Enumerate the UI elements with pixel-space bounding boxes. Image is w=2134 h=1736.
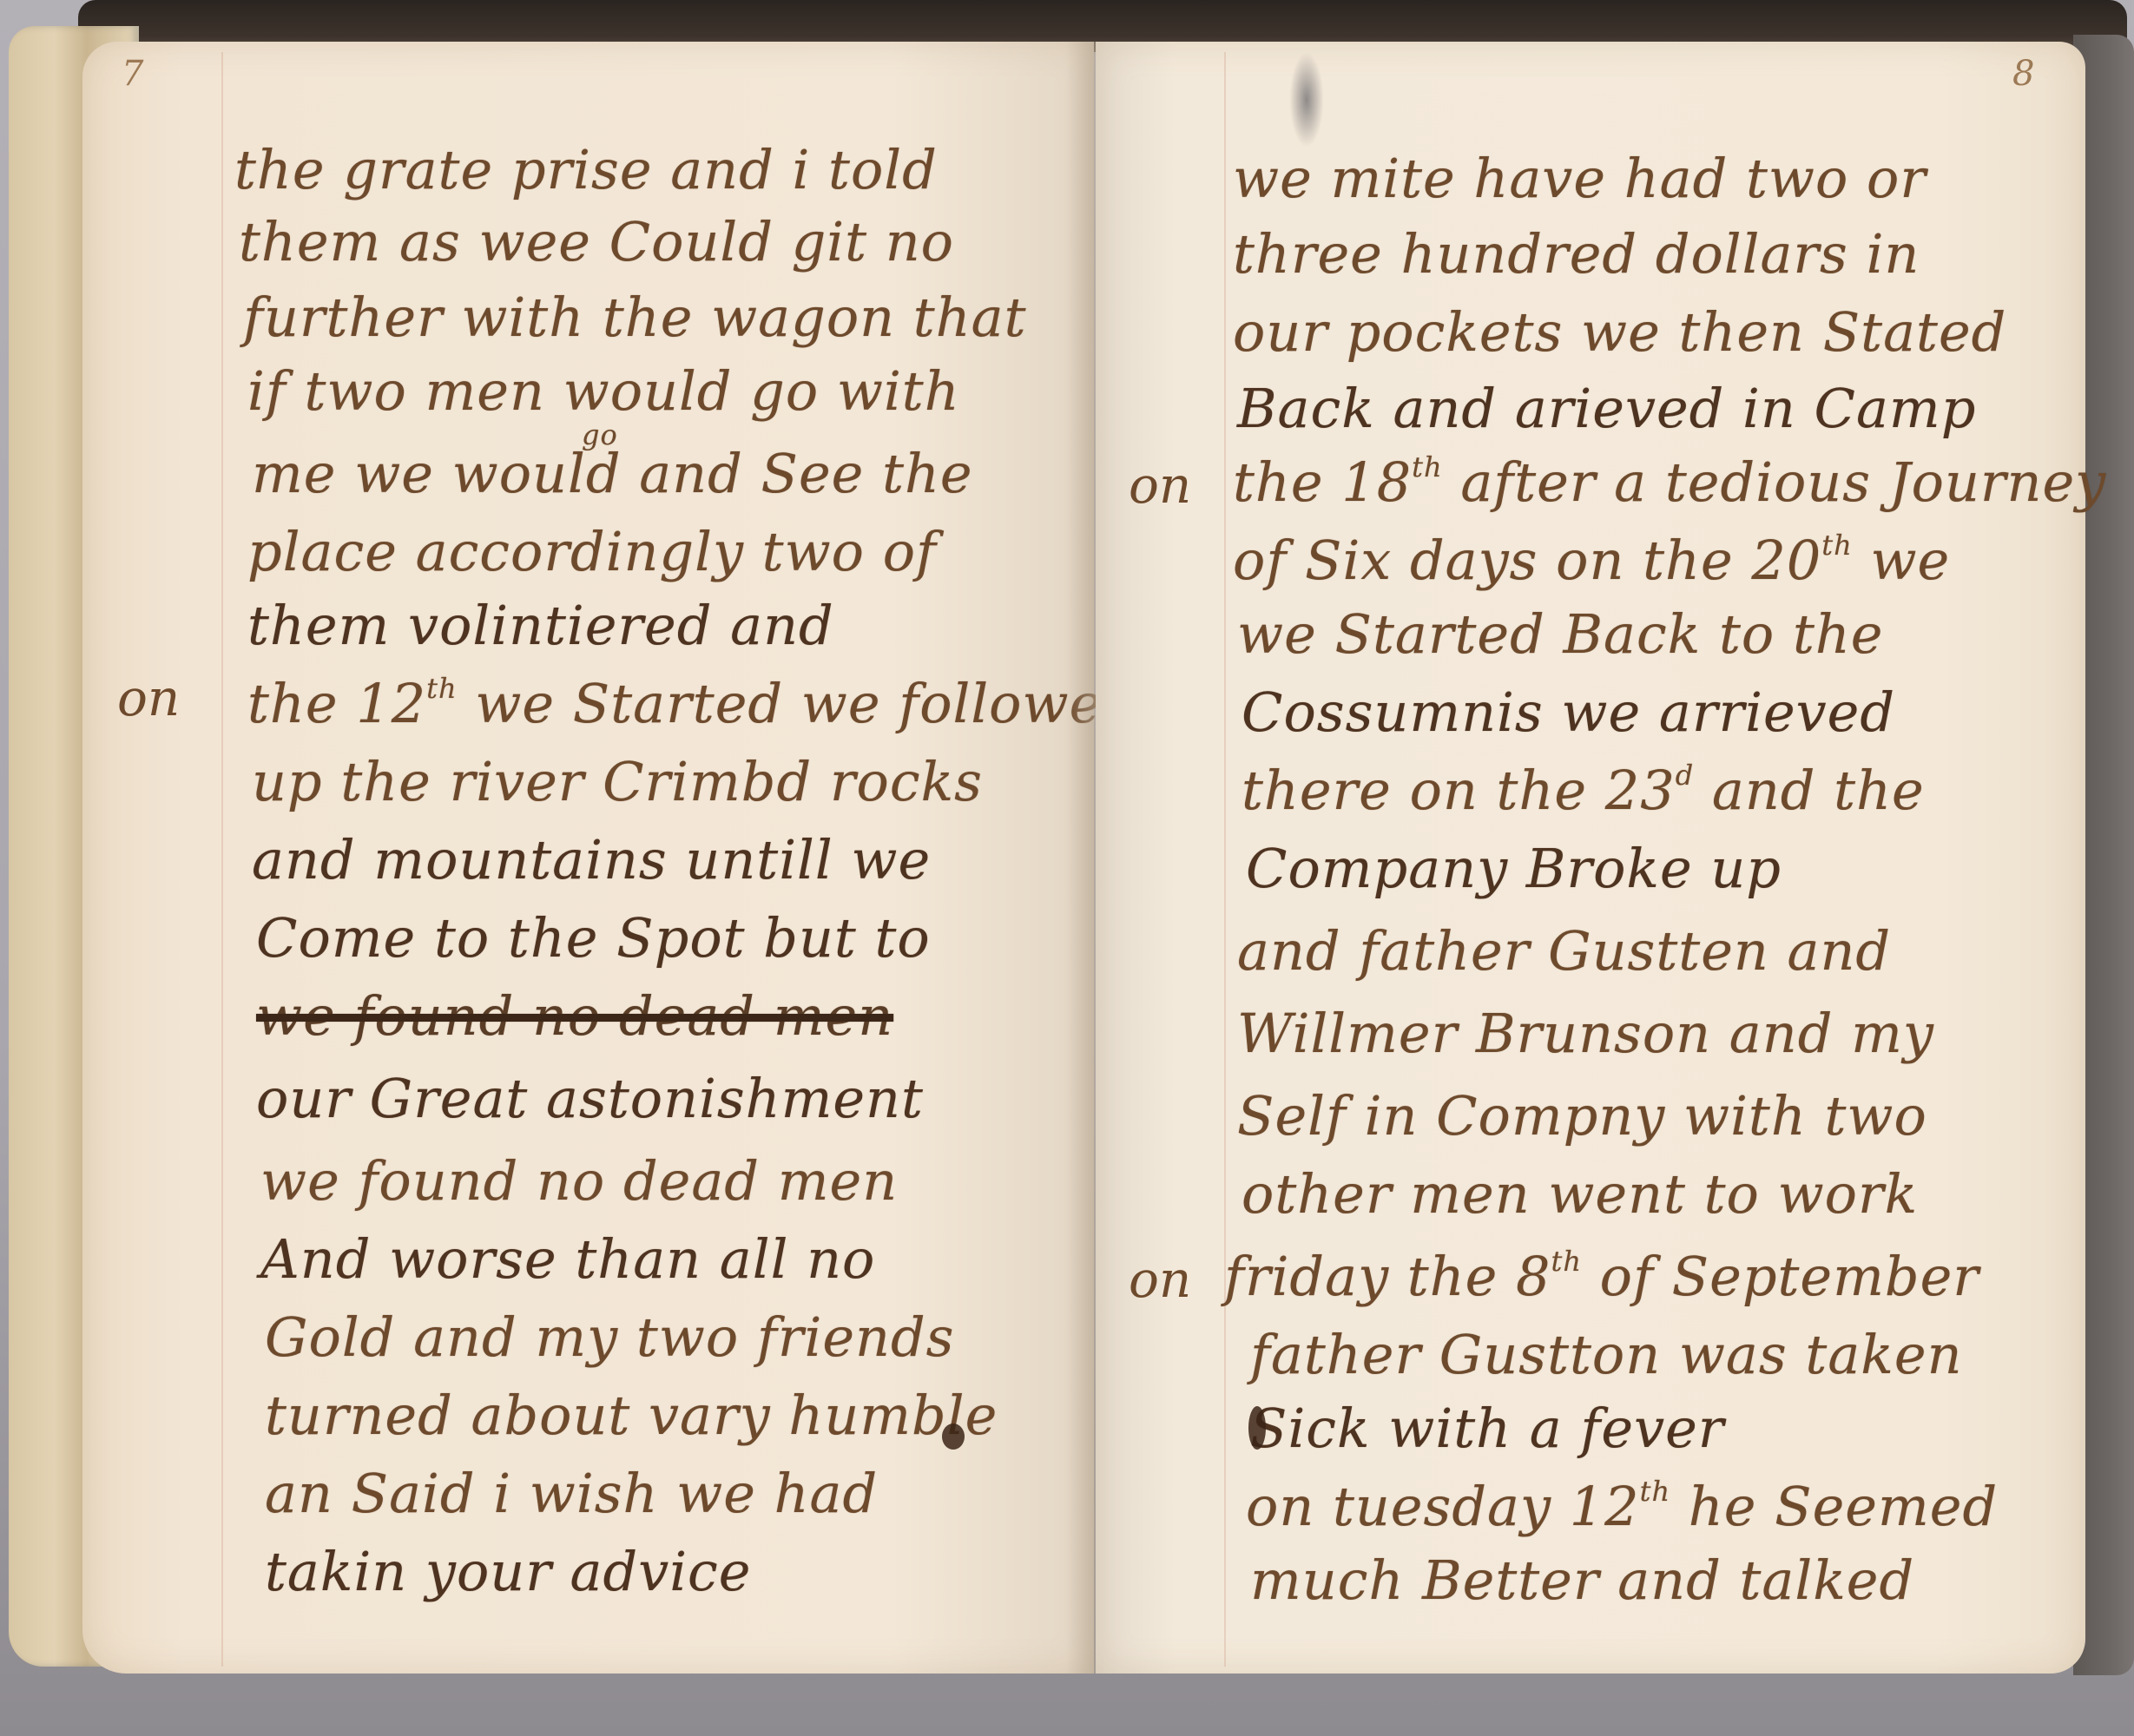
left-margin-rule	[221, 52, 223, 1667]
right-margin-rule	[1224, 52, 1226, 1667]
left-line-15: And worse than all no	[260, 1233, 875, 1286]
left-line-5: me we would and See the go	[252, 447, 973, 501]
left-line-3: further with the wagon that	[243, 291, 1027, 345]
left-line-18: an Said i wish we had	[265, 1467, 878, 1521]
right-line-16: father Gustton was taken	[1250, 1328, 1963, 1382]
left-line-8-sup: th	[426, 672, 457, 705]
right-line-5-text: the 18	[1233, 450, 1412, 514]
ink-blot-sick	[1248, 1406, 1266, 1450]
right-line-13: Self in Compny with two	[1237, 1089, 1927, 1143]
left-line-1: the grate prise and i told	[234, 143, 938, 197]
left-line-8-text: the 12	[247, 672, 426, 735]
right-line-18-text: on tuesday 12	[1246, 1475, 1640, 1538]
left-line-17: turned about vary humble	[265, 1389, 998, 1443]
left-margin-note-on: on	[117, 668, 180, 727]
right-line-18-text-after: he Seemed	[1670, 1475, 1998, 1538]
left-page-number: 7	[122, 54, 143, 94]
left-line-2: them as wee Could git no	[239, 215, 954, 269]
right-line-7: we Started Back to the	[1237, 608, 1883, 661]
right-line-5: the 18th after a tedious Journey	[1233, 456, 2106, 510]
right-line-9-text: there on the 23	[1242, 759, 1676, 822]
right-line-18-sup: th	[1640, 1475, 1670, 1508]
right-line-8: Cossumnis we arrieved	[1242, 686, 1895, 740]
right-line-6-sup: th	[1821, 529, 1852, 562]
right-line-5-text-after: after a tedious Journey	[1443, 450, 2107, 514]
journal-photo: 7 on the grate prise and i told them as …	[0, 0, 2134, 1736]
right-line-2: three hundred dollars in	[1233, 227, 1920, 281]
left-line-14: we found no dead men	[260, 1154, 898, 1208]
ink-smudge	[1289, 52, 1324, 148]
right-line-15: friday the 8th of September	[1224, 1250, 1979, 1304]
right-line-6-text: of Six days on the 20	[1233, 529, 1821, 592]
right-line-4: Back and arieved in Camp	[1237, 382, 1976, 436]
left-line-9: up the river Crimbd rocks	[252, 755, 983, 809]
right-line-6: of Six days on the 20th we	[1233, 534, 1950, 588]
right-line-5-sup: th	[1412, 450, 1442, 483]
right-line-17: Sick with a fever	[1250, 1402, 1724, 1456]
right-line-15-text-after: of September	[1582, 1245, 1979, 1308]
left-line-7: them volintiered and	[247, 599, 834, 653]
right-line-11: and father Gustten and	[1237, 924, 1891, 978]
right-line-10: Company Broke up	[1246, 842, 1782, 896]
left-line-16: Gold and my two friends	[265, 1311, 954, 1364]
right-page-number: 8	[2012, 54, 2034, 94]
left-line-10: and mountains untill we	[252, 833, 931, 887]
right-margin-note-on-1: on	[1129, 456, 1191, 515]
left-line-8-text-after: we Started we followed	[458, 672, 1137, 735]
left-line-6: place accordingly two of	[247, 525, 937, 579]
right-line-9: there on the 23d and the	[1242, 764, 1925, 818]
right-line-1: we mite have had two or	[1233, 152, 1927, 206]
left-line-8: the 12th we Started we followed	[247, 677, 1137, 731]
right-line-6-text-after: we	[1853, 529, 1950, 592]
right-line-15-sup: th	[1551, 1245, 1582, 1278]
right-line-15-text: friday the 8	[1224, 1245, 1551, 1308]
right-line-12: Willmer Brunson and my	[1237, 1007, 1934, 1061]
left-line-5-insertion: go	[582, 421, 618, 449]
left-line-12-struck: we found no dead men	[256, 990, 893, 1043]
ink-blot	[942, 1424, 965, 1450]
right-line-14: other men went to work	[1242, 1167, 1918, 1221]
left-line-13: our Great astonishment	[256, 1072, 924, 1126]
left-line-11: Come to the Spot but to	[256, 911, 931, 965]
right-line-19: much Better and talked	[1250, 1554, 1914, 1608]
right-margin-note-on-2: on	[1129, 1250, 1191, 1309]
right-line-3: our pockets we then Stated	[1233, 306, 2006, 359]
right-line-18: on tuesday 12th he Seemed	[1246, 1480, 1998, 1534]
right-line-9-text-after: and the	[1694, 759, 1925, 822]
left-line-4: if two men would go with	[247, 365, 960, 418]
left-line-19: takin your advice	[265, 1545, 751, 1599]
right-line-9-sup: d	[1676, 759, 1694, 792]
